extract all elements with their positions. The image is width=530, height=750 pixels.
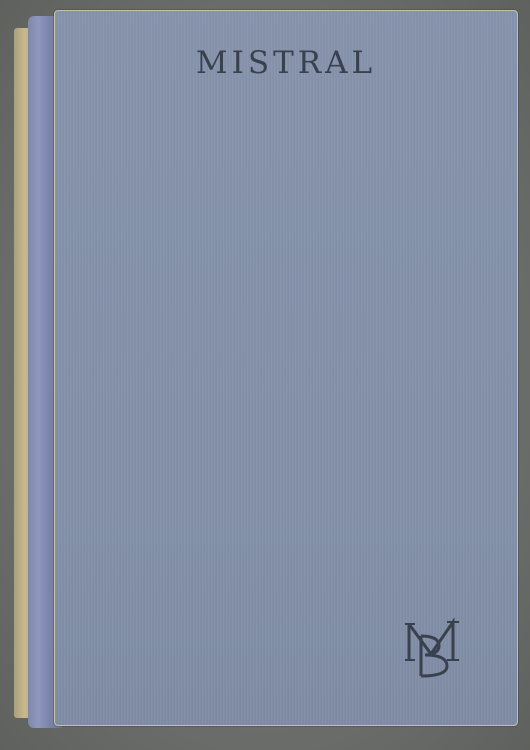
- publisher-monogram-icon: [403, 610, 463, 682]
- cover-title: MISTRAL: [55, 45, 517, 81]
